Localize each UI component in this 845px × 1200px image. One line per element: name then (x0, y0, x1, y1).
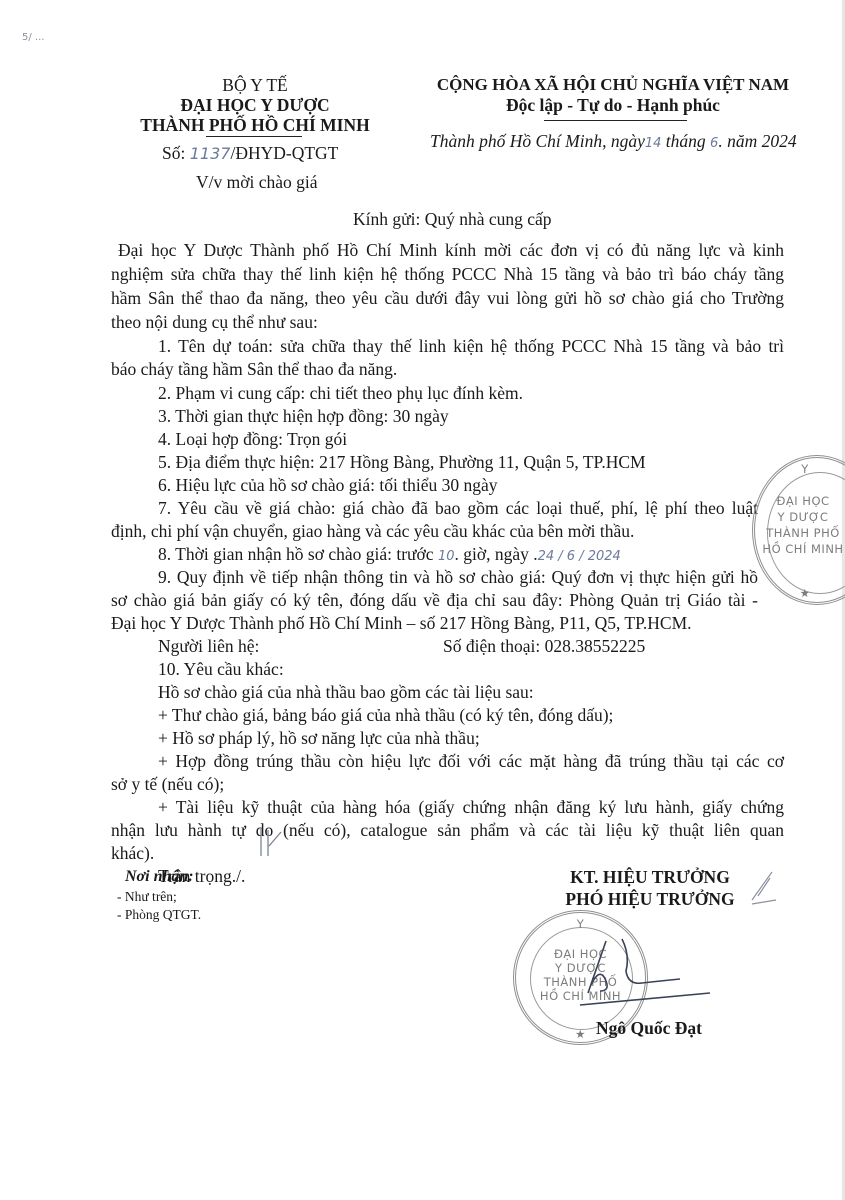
national-motto: Độc lập - Tự do - Hạnh phúc (420, 95, 806, 115)
requirement-2: + Hồ sơ pháp lý, hồ sơ năng lực của nhà … (158, 728, 480, 748)
contact-person-label: Người liên hệ: (158, 636, 259, 656)
edge-seal: Y ★ ĐẠI HỌC Y DƯỢC THÀNH PHỐ HỒ CHÍ MINH (752, 455, 845, 605)
document-date: Thành phố Hồ Chí Minh, ngày14 tháng 6. n… (430, 131, 797, 154)
item-7-cont: định, chi phí vận chuyển, giao hàng và c… (111, 521, 634, 541)
contact-phone: Số điện thoại: 028.38552225 (443, 636, 645, 656)
requirement-3-cont: sở y tế (nếu có); (111, 774, 224, 794)
intro-line: Đại học Y Dược Thành phố Hồ Chí Minh kín… (118, 240, 784, 260)
country-name: CỘNG HÒA XÃ HỘI CHỦ NGHĨA VIỆT NAM (420, 75, 806, 95)
subject-line: V/v mời chào giá (196, 172, 318, 192)
intro-line: hầm Sân thể thao đa năng, theo yêu cầu d… (111, 288, 784, 308)
item-6: 6. Hiệu lực của hồ sơ chào giá: tối thiể… (158, 475, 498, 495)
requirement-4-cont: khác). (111, 843, 154, 863)
document-number-handwritten: 1137 (190, 144, 231, 163)
item-7: 7. Yêu cầu về giá chào: giá chào đã bao … (158, 498, 758, 518)
signature-scrawl (570, 935, 720, 1015)
header-right: CỘNG HÒA XÃ HỘI CHỦ NGHĨA VIỆT NAM Độc l… (420, 75, 806, 115)
item-10: 10. Yêu cầu khác: (158, 659, 284, 679)
document-number: Số: 1137/ĐHYD-QTGT (162, 143, 338, 164)
item-4: 4. Loại hợp đồng: Trọn gói (158, 429, 347, 449)
date-day-handwritten: 14 (645, 136, 662, 151)
item-3: 3. Thời gian thực hiện hợp đồng: 30 ngày (158, 406, 449, 426)
recipients-title: Nơi nhận: (125, 867, 194, 887)
university-name-line1: ĐẠI HỌC Y DƯỢC (120, 95, 390, 115)
signer-name: Ngô Quốc Đạt (596, 1017, 702, 1039)
item-8: 8. Thời gian nhận hồ sơ chào giá: trước … (158, 544, 621, 567)
item-1: 1. Tên dự toán: sửa chữa thay thế linh k… (158, 336, 784, 356)
initials-mark (748, 868, 778, 908)
motto-underline (544, 120, 687, 121)
header-left-underline (206, 136, 302, 137)
recipients-item: - Phòng QTGT. (117, 906, 201, 924)
requirement-1: + Thư chào giá, bảng báo giá của nhà thầ… (158, 705, 613, 725)
requirement-3: + Hợp đồng trúng thầu còn hiệu lực đối v… (158, 751, 784, 771)
item-9: 9. Quy định về tiếp nhận thông tin và hồ… (158, 567, 758, 587)
deadline-date-handwritten: 24 / 6 / 2024 (538, 549, 621, 564)
item-10-intro: Hồ sơ chào giá của nhà thầu bao gồm các … (158, 682, 534, 702)
deadline-hour-handwritten: 10 (438, 549, 455, 564)
signature-title: KT. HIỆU TRƯỞNG PHÓ HIỆU TRƯỞNG (545, 866, 755, 910)
requirement-4: + Tài liệu kỹ thuật của hàng hóa (giấy c… (158, 797, 784, 817)
corner-mark: 5/ ... (22, 32, 44, 43)
item-5: 5. Địa điểm thực hiện: 217 Hồng Bàng, Ph… (158, 452, 646, 472)
item-9-cont: sơ chào giá bản giấy có ký tên, đóng dấu… (111, 590, 758, 610)
item-2: 2. Phạm vi cung cấp: chi tiết theo phụ l… (158, 383, 523, 403)
intro-line: nghiệm sửa chữa thay thế linh kiện hệ th… (111, 264, 784, 284)
initials-mark (255, 822, 285, 862)
header-left: BỘ Y TẾ ĐẠI HỌC Y DƯỢC THÀNH PHỐ HỒ CHÍ … (120, 75, 390, 135)
ministry-name: BỘ Y TẾ (120, 75, 390, 95)
recipients-item: - Như trên; (117, 888, 177, 906)
requirement-4-cont: nhận lưu hành tự do (nếu có), catalogue … (111, 820, 784, 840)
salutation: Kính gửi: Quý nhà cung cấp (353, 209, 552, 229)
intro-line: theo nội dung cụ thể như sau: (111, 312, 318, 332)
university-name-line2: THÀNH PHỐ HỒ CHÍ MINH (120, 115, 390, 135)
item-1-cont: báo cháy tầng hầm Sân thể thao đa năng. (111, 359, 397, 379)
item-9-cont: Đại học Y Dược Thành phố Hồ Chí Minh – s… (111, 613, 692, 633)
